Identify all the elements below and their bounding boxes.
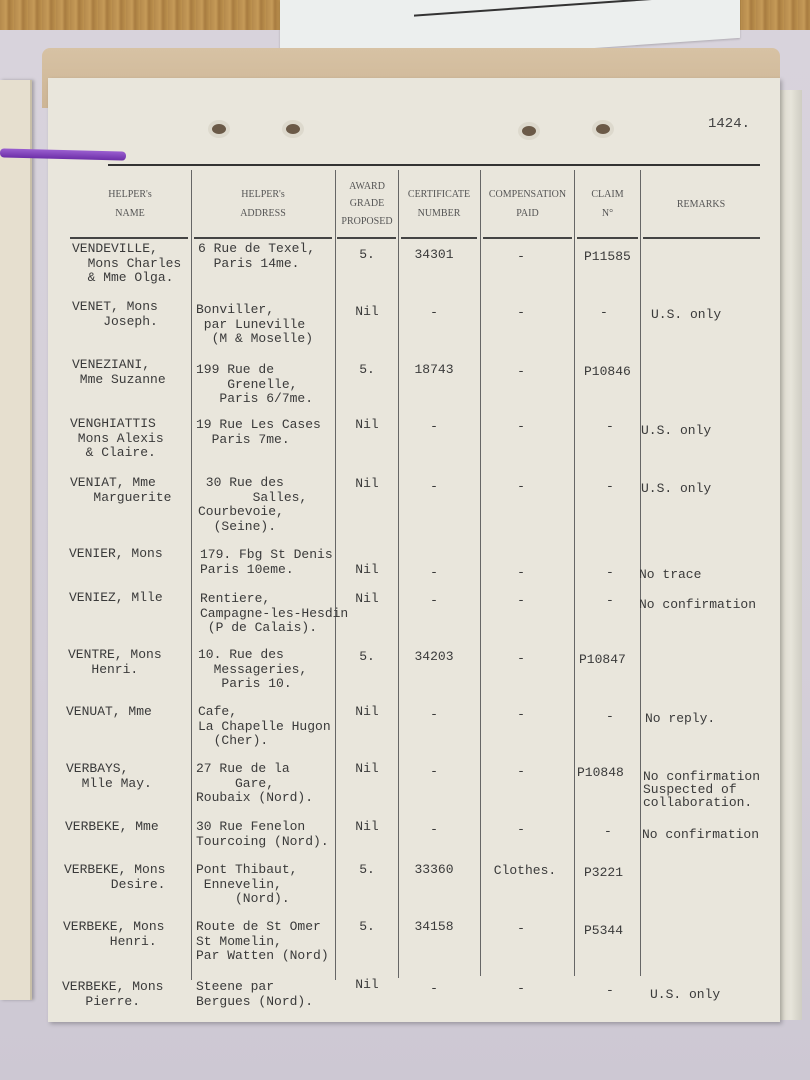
cell-award: Nil — [336, 418, 398, 433]
header-rule — [401, 237, 477, 239]
header-remarks: REMARKS — [641, 170, 761, 238]
header-rule — [483, 237, 572, 239]
background-sheet-rule — [414, 0, 734, 17]
header-line: COMPENSATION — [489, 185, 566, 204]
cell-certificate: 18743 — [399, 363, 469, 378]
cell-certificate: - — [399, 982, 469, 997]
header-line: N° — [602, 204, 613, 223]
header-rule — [194, 237, 332, 239]
cell-address: 10. Rue des Messageries, Paris 10. — [198, 648, 307, 692]
cell-address: Rentiere, Campagne-les-Hesdin (P de Cala… — [200, 592, 348, 636]
cell-compensation: - — [481, 365, 561, 380]
header-line: PAID — [516, 204, 538, 223]
cell-award: 5. — [336, 248, 398, 263]
cell-address: 27 Rue de la Gare, Roubaix (Nord). — [196, 762, 313, 806]
cell-certificate: - — [399, 420, 469, 435]
cell-address: Steene par Bergues (Nord). — [196, 980, 313, 1009]
cell-compensation: - — [481, 306, 561, 321]
cell-certificate: - — [399, 765, 469, 780]
cell-address: Cafe, La Chapelle Hugon (Cher). — [198, 705, 331, 749]
header-rule — [337, 237, 396, 239]
cell-remarks: No confirmation — [642, 828, 759, 843]
cell-award: Nil — [336, 477, 398, 492]
cell-award: Nil — [336, 762, 398, 777]
header-line: PROPOSED — [341, 213, 392, 231]
cell-certificate: - — [399, 708, 469, 723]
cell-compensation: - — [481, 566, 561, 581]
cell-compensation: Clothes. — [481, 864, 569, 879]
header-line: CERTIFICATE — [408, 185, 470, 204]
cell-remarks: No confirmation Suspected of collaborati… — [643, 770, 760, 809]
cell-name: VENUAT, Mme — [66, 705, 152, 720]
page-number: 1424. — [708, 116, 750, 132]
cell-name: VENIER, Mons — [69, 547, 163, 562]
cell-claim: - — [606, 420, 614, 435]
cell-certificate: - — [399, 823, 469, 838]
cell-remarks: No reply. — [645, 712, 715, 727]
cell-name: VERBAYS, Mlle May. — [66, 762, 152, 791]
column-divider — [574, 170, 575, 976]
cell-compensation: - — [481, 922, 561, 937]
cell-name: VENGHIATTIS Mons Alexis & Claire. — [70, 417, 164, 461]
cell-award: 5. — [336, 650, 398, 665]
punch-hole — [522, 126, 536, 136]
cell-name: VERBEKE, Mme — [65, 820, 159, 835]
header-line: ADDRESS — [240, 204, 286, 223]
cell-certificate: - — [399, 566, 469, 581]
cell-remarks: U.S. only — [650, 988, 720, 1003]
cell-address: 19 Rue Les Cases Paris 7me. — [196, 418, 321, 447]
cell-certificate: 34203 — [399, 650, 469, 665]
cell-compensation: - — [481, 420, 561, 435]
cell-claim: P10847 — [579, 653, 626, 668]
cell-claim: - — [600, 306, 608, 321]
header-rule — [643, 237, 760, 239]
cell-claim: P10846 — [584, 365, 631, 380]
header-line: AWARD — [349, 178, 385, 196]
header-line: HELPER's — [241, 185, 284, 204]
cell-name: VENIAT, Mme Marguerite — [70, 476, 171, 505]
cell-claim: - — [604, 825, 612, 840]
header-address: HELPER's ADDRESS — [192, 170, 334, 238]
cell-compensation: - — [481, 765, 561, 780]
header-line: REMARKS — [677, 195, 725, 214]
cell-address: 179. Fbg St Denis Paris 10eme. — [200, 548, 333, 577]
cell-award: Nil — [336, 705, 398, 720]
header-line: HELPER's — [108, 185, 151, 204]
cell-award: 5. — [336, 920, 398, 935]
punch-hole — [212, 124, 226, 134]
cell-certificate: 33360 — [399, 863, 469, 878]
punch-hole — [286, 124, 300, 134]
cell-certificate: - — [399, 594, 469, 609]
header-certificate: CERTIFICATE NUMBER — [399, 170, 479, 238]
cell-award: Nil — [336, 978, 398, 993]
cell-address: 30 Rue des Salles, Courbevoie, (Seine). — [198, 476, 307, 534]
cell-name: VERBEKE, Mons Desire. — [64, 863, 165, 892]
header-claim: CLAIM N° — [575, 170, 640, 238]
header-line: GRADE — [350, 195, 384, 213]
cell-address: Route de St Omer St Momelin, Par Watten … — [196, 920, 329, 964]
cell-certificate: 34158 — [399, 920, 469, 935]
cell-compensation: - — [481, 982, 561, 997]
cell-award: Nil — [336, 563, 398, 578]
header-rule — [70, 237, 188, 239]
cell-name: VENDEVILLE, Mons Charles & Mme Olga. — [72, 242, 181, 286]
cell-award: 5. — [336, 363, 398, 378]
column-divider — [191, 170, 192, 980]
cell-claim: P10848 — [577, 766, 624, 781]
cell-award: Nil — [336, 820, 398, 835]
cell-name: VENET, Mons Joseph. — [72, 300, 158, 329]
cell-remarks: U.S. only — [641, 424, 711, 439]
cell-compensation: - — [481, 823, 561, 838]
header-line: NUMBER — [418, 204, 461, 223]
header-line: CLAIM — [591, 185, 623, 204]
cell-name: VENEZIANI, Mme Suzanne — [72, 358, 166, 387]
cell-remarks: No confirmation — [639, 598, 756, 613]
cell-name: VENTRE, Mons Henri. — [68, 648, 162, 677]
cell-remarks: U.S. only — [651, 308, 721, 323]
header-rule — [577, 237, 638, 239]
cell-address: Pont Thibaut, Ennevelin, (Nord). — [196, 863, 297, 907]
cell-claim: P5344 — [584, 924, 623, 939]
cell-claim: - — [606, 594, 614, 609]
punch-hole — [596, 124, 610, 134]
cell-address: 199 Rue de Grenelle, Paris 6/7me. — [196, 363, 313, 407]
cell-award: Nil — [336, 305, 398, 320]
cell-claim: - — [606, 710, 614, 725]
cell-compensation: - — [481, 480, 561, 495]
cell-address: 6 Rue de Texel, Paris 14me. — [198, 242, 315, 271]
cell-address: 30 Rue Fenelon Tourcoing (Nord). — [196, 820, 329, 849]
cell-certificate: - — [399, 480, 469, 495]
cell-compensation: - — [481, 594, 561, 609]
cell-claim: - — [606, 566, 614, 581]
cell-award: Nil — [336, 592, 398, 607]
cell-claim: P11585 — [584, 250, 631, 265]
cell-name: VENIEZ, Mlle — [69, 591, 163, 606]
cell-claim: P3221 — [584, 866, 623, 881]
cell-address: Bonviller, par Luneville (M & Moselle) — [196, 303, 313, 347]
cell-certificate: 34301 — [399, 248, 469, 263]
cell-remarks: U.S. only — [641, 482, 711, 497]
header-top-rule — [108, 164, 760, 166]
cell-certificate: - — [399, 306, 469, 321]
header-name: HELPER's NAME — [70, 170, 190, 238]
header-award: AWARD GRADE PROPOSED — [336, 170, 398, 238]
cell-compensation: - — [481, 708, 561, 723]
cell-claim: - — [606, 984, 614, 999]
header-compensation: COMPENSATION PAID — [481, 170, 574, 238]
cell-name: VERBEKE, Mons Henri. — [63, 920, 164, 949]
left-page-stack — [0, 80, 32, 1000]
cell-award: 5. — [336, 863, 398, 878]
cell-compensation: - — [481, 652, 561, 667]
cell-compensation: - — [481, 250, 561, 265]
cell-claim: - — [606, 480, 614, 495]
cell-remarks: No trace — [639, 568, 701, 583]
cell-name: VERBEKE, Mons Pierre. — [62, 980, 163, 1009]
header-line: NAME — [115, 204, 144, 223]
page-stack-edge — [780, 90, 802, 1020]
